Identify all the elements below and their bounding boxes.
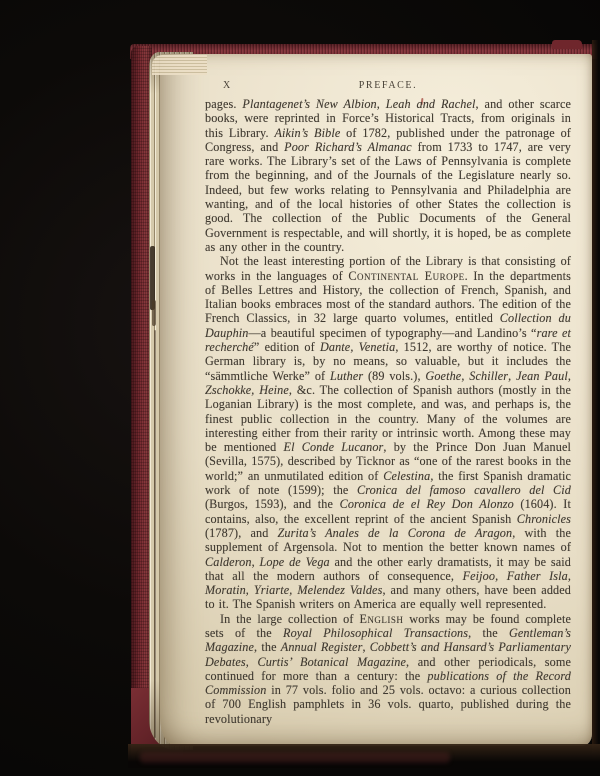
paragraph: In the large collection of English works… <box>205 612 571 726</box>
book-photograph: X PREFACE. pages. Plantagenet’s New Albi… <box>0 0 600 776</box>
book-cover-corner-top-right <box>552 40 582 49</box>
page-title: PREFACE. <box>205 80 571 91</box>
leaf-edge-notch <box>152 300 156 326</box>
page-header: X PREFACE. <box>205 80 571 94</box>
page-number: X <box>223 80 231 91</box>
paragraph: Not the least interesting portion of the… <box>205 254 571 611</box>
page-right-shadow <box>592 40 600 760</box>
page-body: pages. Plantagenet’s New Albion, Leah an… <box>205 97 571 726</box>
leaf-edge-gap <box>154 330 156 738</box>
paragraph: pages. Plantagenet’s New Albion, Leah an… <box>205 97 571 254</box>
page-top-edge-leaves <box>152 55 207 75</box>
book-cover-bottom-edge <box>140 752 450 763</box>
